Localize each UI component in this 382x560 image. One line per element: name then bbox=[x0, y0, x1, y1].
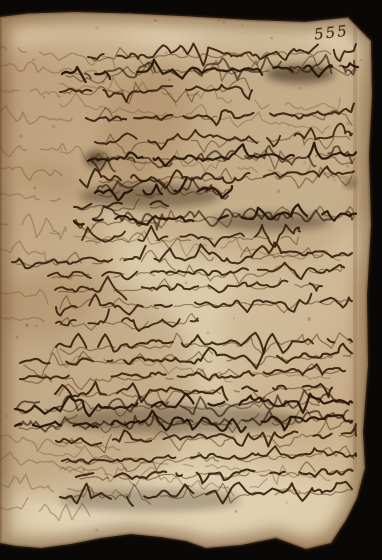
foxing-spot bbox=[299, 87, 302, 90]
foxing-spot bbox=[241, 24, 243, 26]
foxing-spot bbox=[121, 382, 124, 385]
foxing-spot bbox=[16, 335, 19, 338]
foxing-spot bbox=[12, 92, 14, 94]
foxing-spot bbox=[95, 26, 98, 29]
foxing-spot bbox=[52, 125, 56, 129]
foxing-spot bbox=[358, 287, 360, 289]
foxing-spot bbox=[165, 51, 168, 54]
foxing-spot bbox=[222, 20, 226, 24]
foxing-spot bbox=[185, 282, 188, 285]
foxing-spot bbox=[186, 354, 187, 355]
foxing-spot bbox=[209, 121, 210, 122]
foxing-spot bbox=[233, 317, 235, 319]
foxing-spot bbox=[151, 530, 153, 532]
foxing-spot bbox=[19, 134, 23, 138]
foxing-spot bbox=[349, 281, 350, 282]
foxing-spot bbox=[307, 317, 311, 321]
foxing-spot bbox=[270, 37, 273, 40]
foxing-spot bbox=[130, 472, 132, 474]
foxing-spot bbox=[135, 227, 136, 228]
foxing-spot bbox=[95, 243, 97, 245]
photo-backdrop: 555 bbox=[0, 0, 382, 560]
foxing-spot bbox=[346, 165, 349, 168]
foxing-spot bbox=[207, 331, 210, 334]
foxing-spot bbox=[43, 96, 45, 98]
foxing-spot bbox=[277, 189, 280, 192]
foxing-spot bbox=[217, 20, 219, 22]
foxing-spot bbox=[95, 529, 98, 532]
manuscript-page bbox=[0, 0, 382, 560]
foxing-spot bbox=[346, 122, 349, 125]
foxing-spot bbox=[25, 324, 28, 327]
foxing-spot bbox=[154, 19, 157, 22]
foxing-spot bbox=[282, 165, 283, 166]
foxing-spot bbox=[285, 501, 288, 504]
foxing-spot bbox=[33, 186, 36, 189]
foxing-spot bbox=[80, 328, 81, 329]
foxing-spot bbox=[168, 79, 171, 82]
foxing-spot bbox=[32, 58, 35, 61]
foxing-spot bbox=[360, 59, 362, 61]
foxing-spot bbox=[137, 376, 138, 377]
foxing-spot bbox=[60, 148, 63, 151]
foxing-spot bbox=[235, 510, 238, 513]
foxing-spot bbox=[103, 436, 105, 438]
foxing-spot bbox=[35, 324, 38, 327]
foxing-spot bbox=[333, 178, 336, 181]
foxing-spot bbox=[5, 415, 7, 417]
paper-crease bbox=[354, 28, 356, 470]
foxing-spot bbox=[303, 161, 307, 165]
